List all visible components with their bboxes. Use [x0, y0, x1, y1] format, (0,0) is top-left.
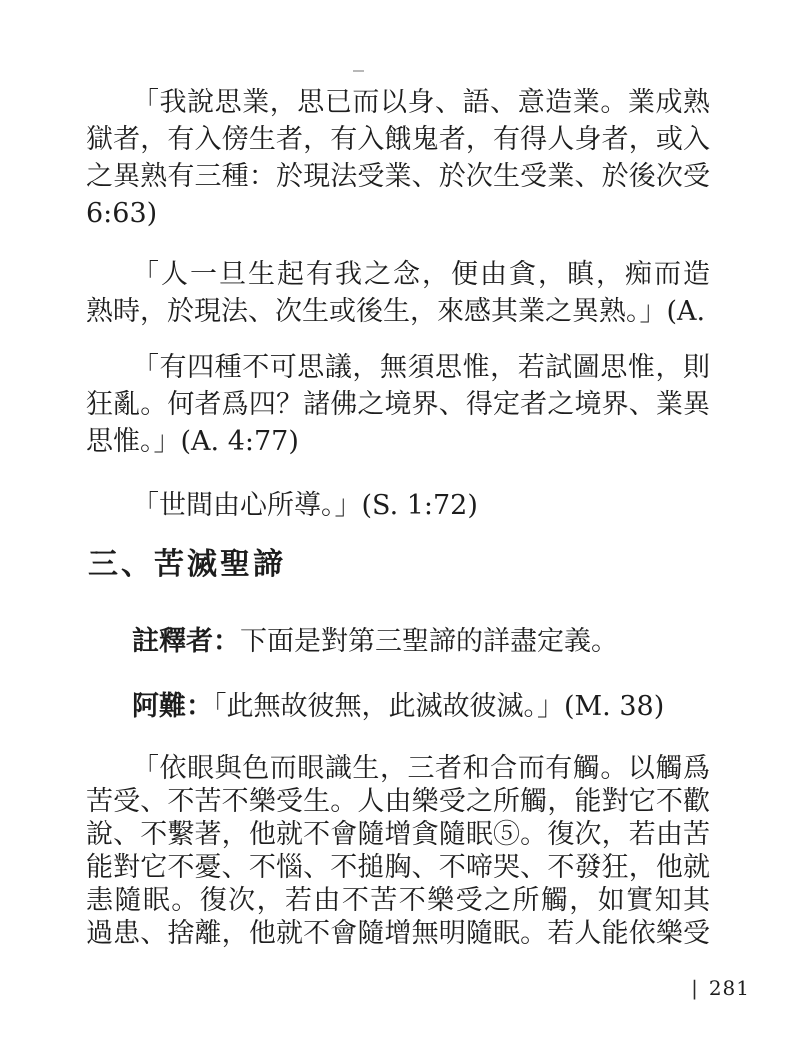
book-page: 「我說思業，思已而以身、語、意造業。業成熟時，有入地 獄者，有入傍生者，有入餓鬼… — [0, 0, 792, 1056]
text-line: 「依眼與色而眼識生，三者和合而有觸。以觸爲緣，樂受、 — [86, 752, 710, 785]
paragraph-ananda: 阿難：「此無故彼無，此滅故彼滅。」(M. 38) — [86, 688, 710, 725]
paragraph-quote-4: 「世間由心所導。」(S. 1:72) — [86, 487, 710, 524]
text-line: 6:63) — [86, 195, 710, 232]
text-line: 獄者，有入傍生者，有入餓鬼者，有得人身者，或入天道者。業 — [86, 121, 710, 158]
speaker-separator: ： — [186, 691, 213, 722]
page-number: |281 — [691, 976, 750, 1000]
speaker-label: 註釋者 — [132, 626, 213, 657]
text-line: 過患、捨離，他就不會隨增無明隨眠。若人能依樂受而捨斷貪隨 — [86, 917, 710, 950]
text-line: 熟時，於現法、次生或後生，來感其業之異熟。」(A. 3:33) — [86, 293, 710, 330]
ananda-text: 「此無故彼無，此滅故彼滅。」(M. 38) — [213, 691, 664, 722]
paragraph-quote-1: 「我說思業，思已而以身、語、意造業。業成熟時，有入地 獄者，有入傍生者，有入餓鬼… — [86, 84, 710, 232]
scan-artifact-dash — [353, 70, 364, 72]
text-line: 註釋者：下面是對第三聖諦的詳盡定義。 — [86, 623, 710, 660]
commentator-text: 下面是對第三聖諦的詳盡定義。 — [240, 626, 618, 657]
text-line: 「有四種不可思議，無須思惟，若試圖思惟，則令人挫折、 — [86, 349, 710, 386]
text-line: 之異熟有三種：於現法受業、於次生受業、於後次受業。④」(A. — [86, 158, 710, 195]
text-line: 狂亂。何者爲四？諸佛之境界、得定者之境界、業異熟與世界之 — [86, 386, 710, 423]
text-line: 「人一旦生起有我之念，便由貪，瞋，痴而造業，當其業成 — [86, 256, 710, 293]
paragraph-quote-3: 「有四種不可思議，無須思惟，若試圖思惟，則令人挫折、 狂亂。何者爲四？諸佛之境界… — [86, 349, 710, 460]
text-line: 「我說思業，思已而以身、語、意造業。業成熟時，有入地 — [86, 84, 710, 121]
text-line: 說、不繫著，他就不會隨增貪隨眠⑤。復次，若由苦受之所觸， — [86, 818, 710, 851]
paragraph-quote-2: 「人一旦生起有我之念，便由貪，瞋，痴而造業，當其業成 熟時，於現法、次生或後生，… — [86, 256, 710, 330]
paragraph-quote-5: 「依眼與色而眼識生，三者和合而有觸。以觸爲緣，樂受、 苦受、不苦不樂受生。人由樂… — [86, 752, 710, 950]
section-heading: 三、苦滅聖諦 — [88, 548, 286, 582]
speaker-separator: ： — [213, 626, 240, 657]
text-line: 苦受、不苦不樂受生。人由樂受之所觸，能對它不歡喜、不讚 — [86, 785, 710, 818]
text-line: 能對它不憂、不惱、不搥胸、不啼哭、不發狂，他就不會隨增瞋 — [86, 851, 710, 884]
page-number-separator: | — [691, 976, 709, 1000]
page-number-value: 281 — [709, 976, 750, 1000]
text-line: 「世間由心所導。」(S. 1:72) — [86, 487, 710, 524]
text-line: 恚隨眠。復次，若由不苦不樂受之所觸，如實知其生、滅、味、 — [86, 884, 710, 917]
text-line: 思惟。」(A. 4:77) — [86, 423, 710, 460]
speaker-label: 阿難 — [132, 691, 186, 722]
text-line: 阿難：「此無故彼無，此滅故彼滅。」(M. 38) — [86, 688, 710, 725]
paragraph-commentator: 註釋者：下面是對第三聖諦的詳盡定義。 — [86, 623, 710, 660]
